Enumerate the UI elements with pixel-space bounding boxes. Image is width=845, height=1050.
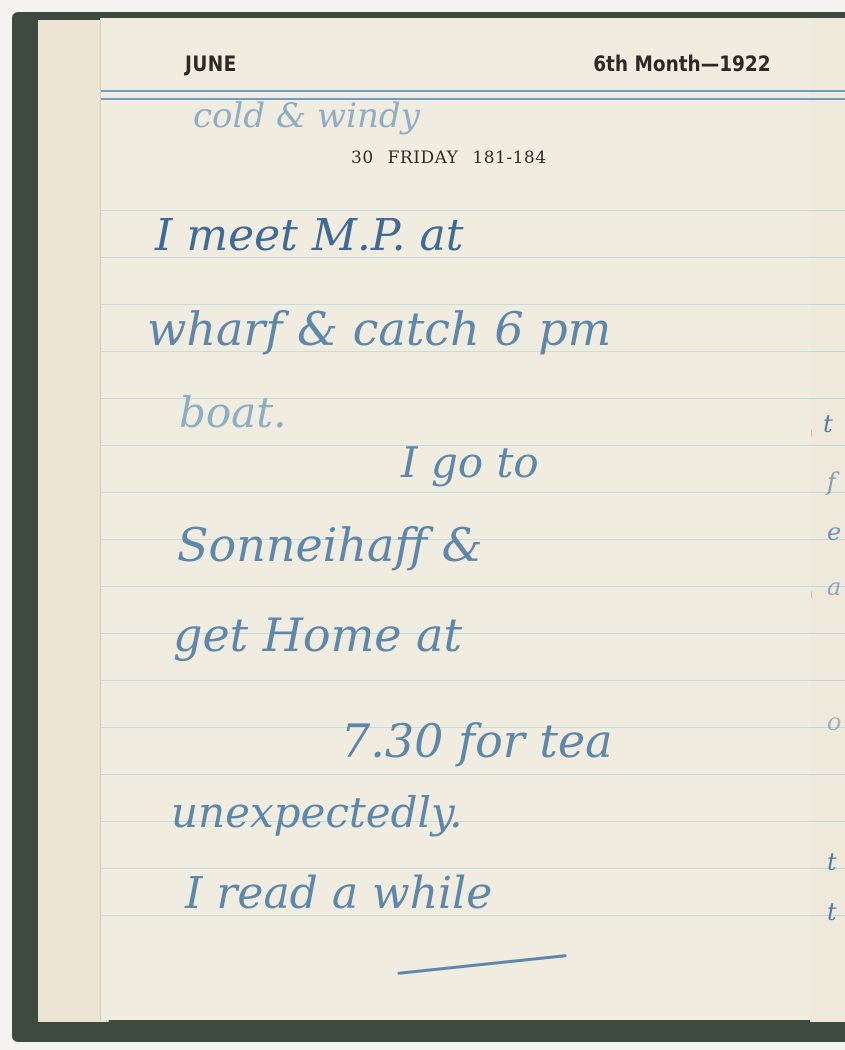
- facing-page-ink: t: [827, 898, 837, 926]
- day-number: 30: [351, 148, 374, 168]
- facing-page-ink: f: [827, 468, 836, 496]
- facing-page-ink: t: [827, 848, 837, 876]
- day-range: 181-184: [472, 148, 546, 168]
- facing-page-ink: e: [827, 518, 841, 546]
- header-rule: [101, 90, 845, 92]
- facing-page-ink: o: [827, 708, 841, 736]
- diary-page: JUNE 6th Month—1922 30FRIDAY181-184 cold…: [100, 18, 811, 1020]
- handwritten-line: I go to: [401, 438, 539, 487]
- handwritten-line: Sonneihaff &: [177, 518, 483, 572]
- handwritten-line: get Home at: [173, 608, 462, 662]
- closing-underline: [397, 954, 566, 975]
- date-line: 30FRIDAY181-184: [351, 148, 561, 168]
- facing-page-ink: a: [827, 573, 841, 601]
- handwritten-line: I meet M.P. at: [155, 210, 463, 261]
- handwritten-line: I read a while: [185, 868, 492, 919]
- facing-page: t f e a o t t: [810, 18, 845, 1022]
- handwritten-line: 7.30 for tea: [341, 714, 613, 768]
- handwritten-line: wharf & catch 6 pm: [147, 302, 611, 356]
- month-heading: JUNE: [185, 52, 237, 76]
- handwritten-line: boat.: [179, 388, 286, 437]
- facing-page-ink: t: [823, 410, 833, 438]
- handwritten-line: unexpectedly.: [171, 788, 462, 837]
- month-year-heading: 6th Month—1922: [594, 52, 771, 76]
- weather-note: cold & windy: [193, 96, 420, 136]
- weekday: FRIDAY: [388, 148, 459, 168]
